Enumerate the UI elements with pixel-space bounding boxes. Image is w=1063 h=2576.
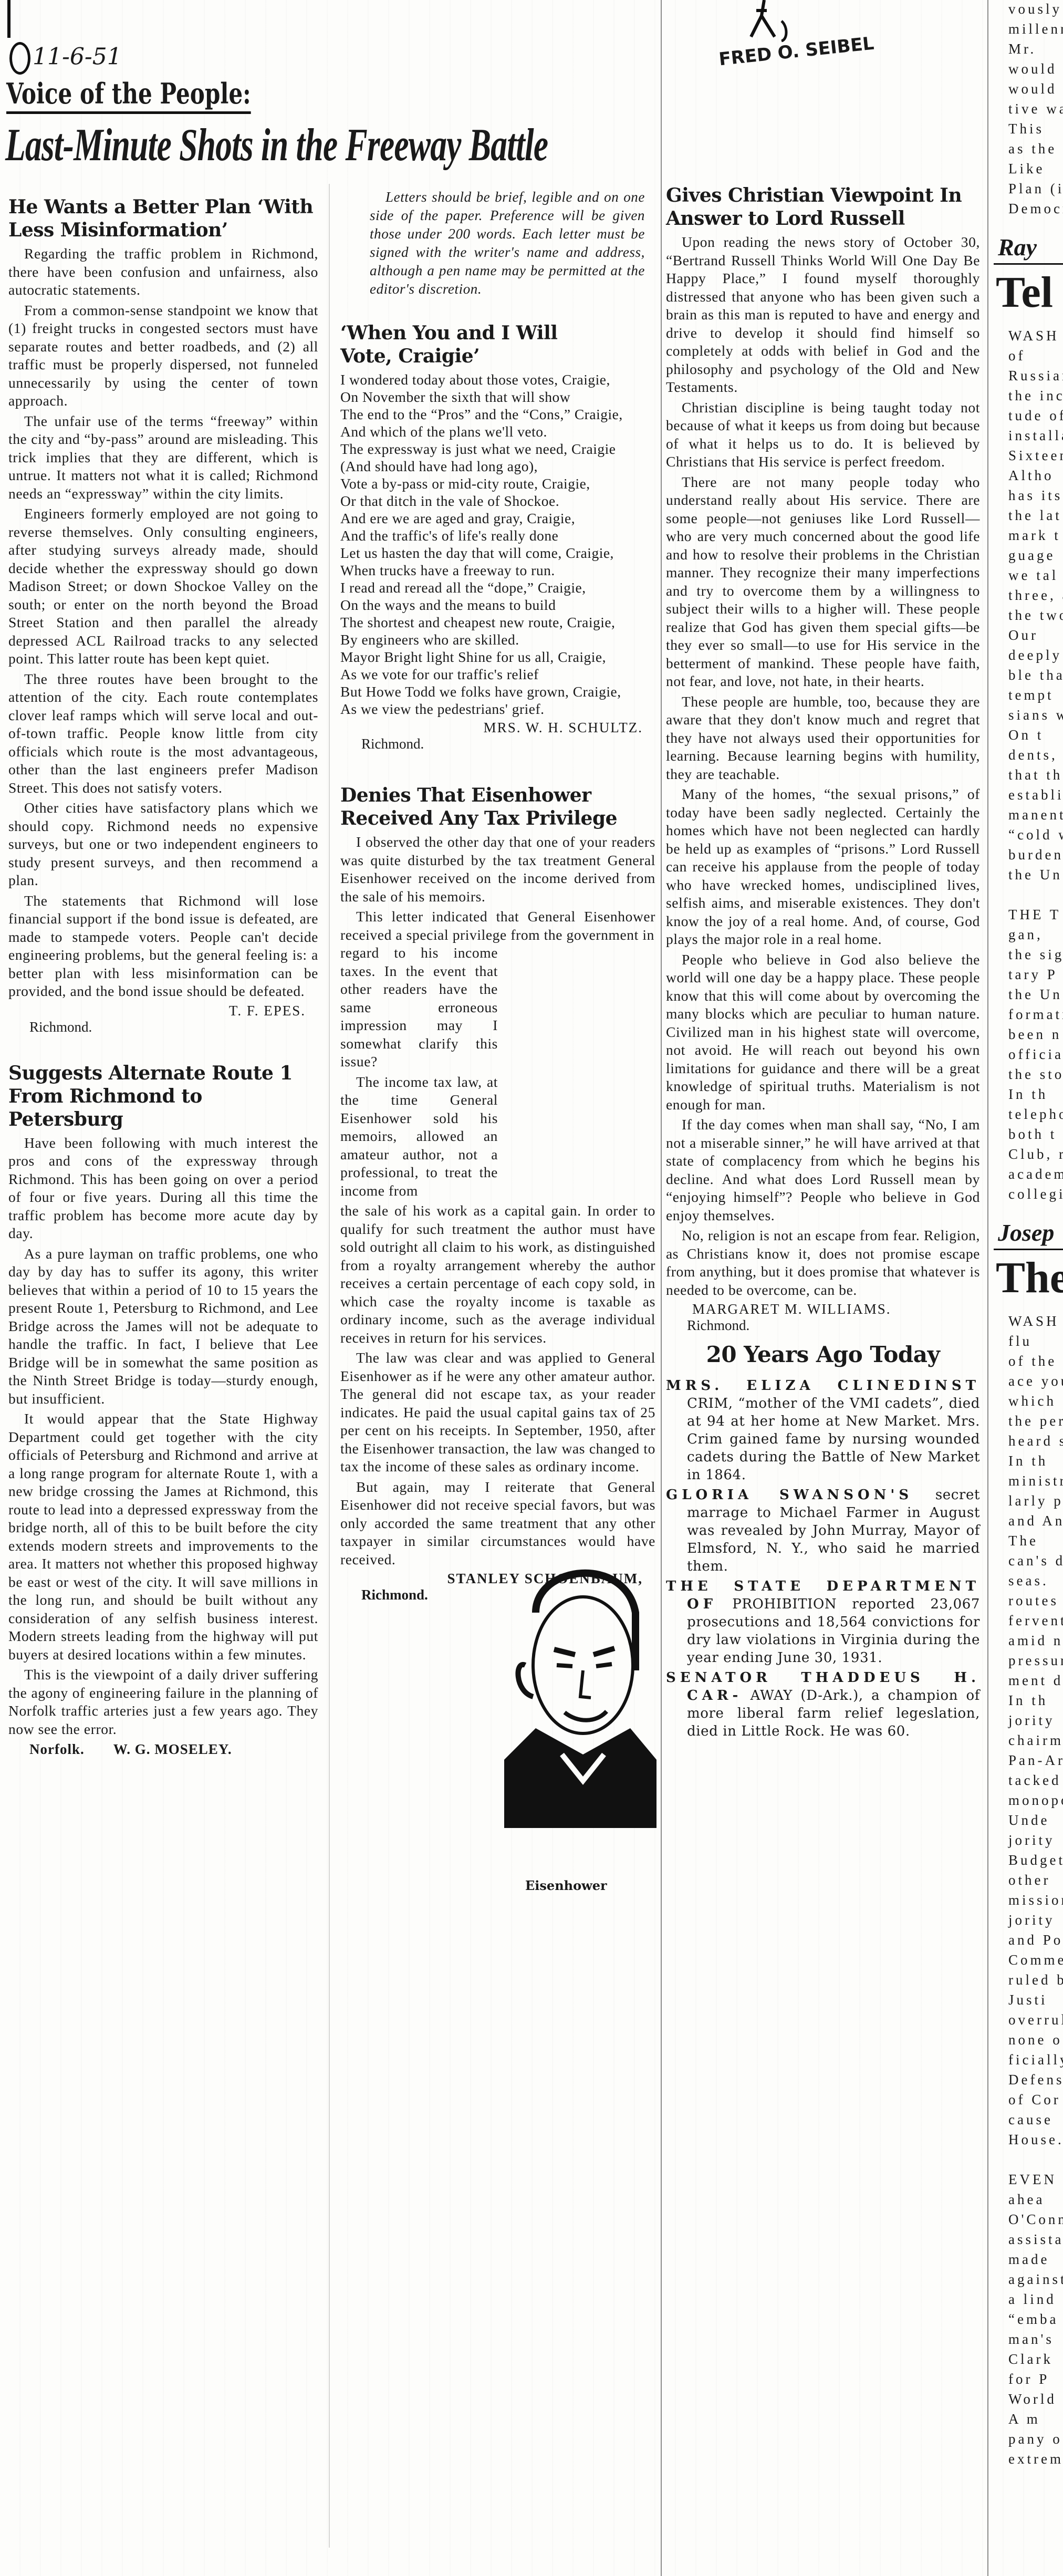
cutoff-line: pressur (994, 1651, 1063, 1669)
byline-rule (994, 263, 1063, 265)
letter-eisenhower: Denies That Eisenhower Received Any Tax … (340, 784, 655, 1603)
poem-signature: MRS. W. H. SCHULTZ. (340, 720, 655, 736)
poem-line: Mayor Bright light Shine for us all, Cra… (340, 648, 655, 666)
cutoff-line: which (994, 1392, 1063, 1410)
letter-christian-viewpoint: Gives Christian Viewpoint In Answer to L… (666, 184, 980, 1334)
poem-line: (And should have had long ago), (340, 458, 655, 475)
cutoff-line: Club, r (994, 1145, 1063, 1163)
cutoff-line: ble tha (994, 666, 1063, 684)
cutoff-line: Altho (994, 466, 1063, 484)
cutoff-line: for P (994, 2370, 1063, 2388)
column-divider (987, 0, 988, 2576)
letter-paragraph: This letter indicated that General Eisen… (340, 908, 655, 944)
history-item: THE STATE DEPARTMENT OF PROHIBITION repo… (666, 1577, 980, 1667)
clipping-bracket (7, 0, 11, 38)
cutoff-line: Our (994, 626, 1063, 644)
cutoff-line: “emba (994, 2310, 1063, 2328)
cutoff-line: ahea (994, 2190, 1063, 2208)
poem-line: As we view the pedestrians' grief. (340, 700, 655, 718)
poem-line: On November the sixth that will show (340, 388, 655, 406)
cutoff-line: EVEN (994, 2170, 1063, 2188)
cutoff-line: routes (994, 1592, 1063, 1609)
column-divider (661, 0, 662, 2576)
cutoff-line: formati (994, 1005, 1063, 1023)
cutoff-line: WASH (994, 327, 1063, 345)
cutoff-line: Defens (994, 2071, 1063, 2089)
cutoff-line: Budget (994, 1851, 1063, 1869)
cutoff-line: Sixteen (994, 446, 1063, 464)
cutoff-line: House. (994, 2131, 1063, 2148)
letter-paragraph: There are not many people today who unde… (666, 473, 980, 691)
cutoff-line: tude of (994, 407, 1063, 424)
cutoff-line: burden (994, 846, 1063, 864)
cutoff-line: World (994, 2390, 1063, 2408)
circle-mark-icon (9, 42, 30, 75)
letter-paragraph: Regarding the traffic problem in Richmon… (8, 245, 318, 299)
byline-rule (994, 1249, 1063, 1250)
wrapped-text-block: regard to his income taxes. In the event… (340, 944, 498, 1200)
cutoff-line: none o (994, 2031, 1063, 2049)
cutoff-line: both t (994, 1125, 1063, 1143)
cutoff-line: Justi (994, 1991, 1063, 2009)
cutoff-line: In th (994, 1691, 1063, 1709)
page-headline: Last-Minute Shots in the Freeway Battle (5, 119, 548, 172)
portrait-caption: Eisenhower (525, 1878, 607, 1893)
letter-paragraph: Upon reading the news story of October 3… (666, 233, 980, 397)
history-item: MRS. ELIZA CLINEDINST CRIM, “mother of t… (666, 1377, 980, 1484)
cutoff-line: telepho (994, 1105, 1063, 1123)
cutoff-line: jority (994, 1911, 1063, 1929)
cutoff-text-block: vouslymillenniMr.wouldwouldtive waThisas… (994, 0, 1063, 2468)
cutoff-line: Mr. (994, 40, 1063, 58)
letter-paragraph: People who believe in God also believe t… (666, 951, 980, 1114)
cutoff-line: larly pl (994, 1492, 1063, 1510)
poem-line: Let us hasten the day that will come, Cr… (340, 544, 655, 562)
letter-paragraph: No, religion is not an escape from fear.… (666, 1227, 980, 1299)
cutoff-line: made (994, 2250, 1063, 2268)
cutoff-line: other (994, 1871, 1063, 1889)
cutoff-line: pany o (994, 2430, 1063, 2448)
letter-headline: He Wants a Better Plan ‘With Less Misinf… (8, 195, 318, 242)
poem-headline: ‘When You and I Will Vote, Craigie’ (340, 321, 561, 368)
cutoff-line: establis (994, 786, 1063, 804)
column-1: He Wants a Better Plan ‘With Less Misinf… (8, 195, 318, 1758)
letter-paragraph: It would appear that the State Highway D… (8, 1410, 318, 1664)
poem-line: On the ways and the means to build (340, 596, 655, 614)
cutoff-line: academ (994, 1165, 1063, 1183)
letter-place: Richmond. (8, 1019, 318, 1035)
cutoff-line: jority (994, 1831, 1063, 1849)
letter-signature: T. F. EPES. (8, 1003, 318, 1019)
poem-line: As we vote for our traffic's relief (340, 666, 655, 683)
poem-line: And the traffic's of life's really done (340, 527, 655, 544)
cutoff-line: jority (994, 1711, 1063, 1729)
cutoff-line: collegia (994, 1185, 1063, 1203)
letter-paragraph: As a pure layman on traffic problems, on… (8, 1245, 318, 1408)
cutoff-line: Like (994, 160, 1063, 178)
cutoff-line: tacked (994, 1771, 1063, 1789)
letter-headline: Gives Christian Viewpoint In Answer to L… (666, 184, 980, 230)
cutoff-line: “cold w (994, 826, 1063, 844)
cutoff-line: monopo (994, 1791, 1063, 1809)
cutoff-line: overrul (994, 2011, 1063, 2029)
cutoff-line: Unde (994, 1811, 1063, 1829)
poem-line: Or that ditch in the vale of Shockoe. (340, 492, 655, 510)
cutoff-line: amid n (994, 1632, 1063, 1649)
letter-place: Richmond. (666, 1317, 980, 1334)
letter-paragraph: the sale of his work as a capital gain. … (340, 1202, 655, 1347)
letter-paragraph: The unfair use of the terms “freeway” wi… (8, 412, 318, 503)
cutoff-line: chairma (994, 1731, 1063, 1749)
poem-line: And which of the plans we'll veto. (340, 423, 655, 440)
cutoff-line: as the (994, 140, 1063, 158)
poem-line: By engineers who are skilled. (340, 631, 655, 648)
cutoff-line: dents, (994, 746, 1063, 764)
cutoff-line: sians w (994, 706, 1063, 724)
letter-paragraph: I observed the other day that one of you… (340, 833, 655, 906)
cutoff-line: tary P (994, 965, 1063, 983)
cutoff-line: the per (994, 1412, 1063, 1430)
poem-line: The shortest and cheapest new route, Cra… (340, 614, 655, 631)
cutoff-line: a lind (994, 2290, 1063, 2308)
cutoff-line: the inc (994, 387, 1063, 404)
cutoff-line: seas. (994, 1572, 1063, 1590)
letter-paragraph: The income tax law, at the time General … (340, 1073, 498, 1200)
letter-paragraph: Many of the homes, “the sexual prisons,”… (666, 785, 980, 949)
portrait-sketch-icon (504, 1534, 656, 1828)
cartoon-figure-icon (735, 0, 793, 42)
poem-line: The end to the “Pros” and the “Cons,” Cr… (340, 406, 655, 423)
cutoff-line: the sto (994, 1065, 1063, 1083)
cutoff-line: Comme (994, 1951, 1063, 1969)
column-divider (329, 184, 330, 2548)
cutoff-line: deeply (994, 646, 1063, 664)
poem-line: I wondered today about those votes, Crai… (340, 371, 655, 388)
cutoff-line: O'Conn (994, 2210, 1063, 2228)
cutoff-line: millenni (994, 20, 1063, 38)
spacer (994, 2151, 1063, 2170)
history-item: SENATOR THADDEUS H. CAR- AWAY (D-Ark.), … (666, 1669, 980, 1740)
cutoff-line: tempt (994, 686, 1063, 704)
spacer (994, 886, 1063, 906)
cutoff-line: WASH (994, 1312, 1063, 1330)
cutoff-line: heard s (994, 1432, 1063, 1450)
cutoff-line: the Un (994, 866, 1063, 884)
column-2: Letters should be brief, legible and on … (340, 188, 655, 1608)
poem-place: Richmond. (340, 736, 655, 752)
cutoff-line: the Un (994, 985, 1063, 1003)
column-3: Gives Christian Viewpoint In Answer to L… (666, 184, 980, 1742)
cutoff-line: Clark (994, 2350, 1063, 2368)
letter-poem: ‘When You and I Will Vote, Craigie’ I wo… (340, 321, 655, 752)
cutoff-line: three, a (994, 586, 1063, 604)
cutoff-line: the two (994, 606, 1063, 624)
cutoff-line: mission (994, 1891, 1063, 1909)
cutoff-line: flu (994, 1332, 1063, 1350)
letter-headline: Denies That Eisenhower Received Any Tax … (340, 784, 655, 830)
letter-paragraph: Engineers formerly employed are not goin… (8, 505, 318, 668)
history-item: GLORIA SWANSON'S secret marrage to Micha… (666, 1486, 980, 1575)
letter-place: Norfolk. (29, 1741, 85, 1757)
newspaper-page: 11-6-51 Voice of the People: Last-Minute… (0, 0, 1063, 2576)
cutoff-line: manent (994, 806, 1063, 824)
cutoff-line: In th (994, 1452, 1063, 1470)
cutoff-line: of the (994, 1352, 1063, 1370)
cutoff-line: would (994, 80, 1063, 98)
column-4-cutoff: vouslymillenniMr.wouldwouldtive waThisas… (994, 0, 1063, 2576)
cutoff-line: against (994, 2270, 1063, 2288)
poem-line: I read and reread all the “dope,” Craigi… (340, 579, 655, 596)
letter-paragraph: The statements that Richmond will lose f… (8, 892, 318, 1001)
cutoff-line: extrem (994, 2450, 1063, 2468)
cutoff-line: we tal (994, 566, 1063, 584)
letter-paragraph: If the day comes when man shall say, “No… (666, 1116, 980, 1224)
column-headline: The (996, 1254, 1063, 1302)
cutoff-line: installa (994, 427, 1063, 444)
letter-paragraph: The law was clear and was applied to Gen… (340, 1349, 655, 1476)
letter-signature: W. G. MOSELEY. (113, 1741, 232, 1757)
editor-notice: Letters should be brief, legible and on … (340, 188, 655, 298)
section-headline: 20 Years Ago Today (666, 1343, 980, 1366)
letter-headline: Suggests Alternate Route 1 From Richmond… (8, 1062, 318, 1131)
section-title: Voice of the People: (6, 77, 251, 114)
column-headline: Tel (996, 269, 1063, 316)
cutoff-line: guage (994, 546, 1063, 564)
cutoff-line: officials (994, 1045, 1063, 1063)
column-byline: Josep (998, 1219, 1063, 1247)
cutoff-line: ace you (994, 1372, 1063, 1390)
cutoff-line: tive wa (994, 100, 1063, 118)
letter-signature: MARGARET M. WILLIAMS. (666, 1301, 980, 1317)
cutoff-line: Pan-Ar (994, 1751, 1063, 1769)
cutoff-line: ruled b (994, 1971, 1063, 1989)
cutoff-line: Russian (994, 367, 1063, 385)
cutoff-line: the sig (994, 946, 1063, 963)
cutoff-line: and Po (994, 1931, 1063, 1949)
cutoff-line: THE T (994, 906, 1063, 923)
cutoff-line: fervent (994, 1612, 1063, 1629)
letter-paragraph: Other cities have satisfactory plans whi… (8, 799, 318, 890)
cutoff-line: cause (994, 2111, 1063, 2128)
handwritten-date: 11-6-51 (9, 42, 122, 75)
cutoff-line: that th (994, 766, 1063, 784)
cutoff-line: and An (994, 1512, 1063, 1530)
poem-line: When trucks have a freeway to run. (340, 562, 655, 579)
letter-paragraph: Christian discipline is being taught tod… (666, 399, 980, 471)
cutoff-line: On t (994, 726, 1063, 744)
letter-paragraph: From a common-sense standpoint we know t… (8, 302, 318, 410)
poem-line: And ere we are aged and gray, Craigie, (340, 510, 655, 527)
cutoff-line: ficially (994, 2051, 1063, 2069)
cutoff-line: In th (994, 1085, 1063, 1103)
letter-paragraph: The three routes have been brought to th… (8, 670, 318, 797)
cutoff-line: A m (994, 2410, 1063, 2428)
letter-paragraph: regard to his income taxes. In the event… (340, 944, 498, 1071)
poem-line: Vote a by-pass or mid-city route, Craigi… (340, 475, 655, 492)
twenty-years-ago: 20 Years Ago Today MRS. ELIZA CLINEDINST… (666, 1343, 980, 1740)
cutoff-line: man's (994, 2330, 1063, 2348)
letter-paragraph: This is the viewpoint of a daily driver … (8, 1666, 318, 1738)
cutoff-line: Democr (994, 200, 1063, 217)
letter-paragraph: These people are humble, too, because th… (666, 693, 980, 784)
eisenhower-portrait (504, 1534, 656, 1912)
letter-better-plan: He Wants a Better Plan ‘With Less Misinf… (8, 195, 318, 1035)
cutoff-line: ministr (994, 1472, 1063, 1490)
cutoff-line: the lat (994, 506, 1063, 524)
cutoff-line: vously (994, 0, 1063, 18)
cutoff-line: of Cor (994, 2091, 1063, 2108)
letter-signoff: Norfolk. W. G. MOSELEY. (8, 1741, 318, 1758)
poem-line: But Howe Todd we folks have grown, Craig… (340, 683, 655, 700)
cutoff-line: has its (994, 486, 1063, 504)
cutoff-line: mark t (994, 526, 1063, 544)
cutoff-line: The (994, 1532, 1063, 1550)
poem-line: The expressway is just what we need, Cra… (340, 440, 655, 458)
cutoff-line: would (994, 60, 1063, 78)
notice-text: Letters should be brief, legible and on … (370, 188, 645, 298)
cutoff-line: gan, (994, 926, 1063, 943)
cutoff-line: been n (994, 1025, 1063, 1043)
cutoff-line: of (994, 347, 1063, 365)
cutoff-line: This (994, 120, 1063, 138)
letter-alternate-route: Suggests Alternate Route 1 From Richmond… (8, 1062, 318, 1758)
cutoff-line: Plan (i (994, 180, 1063, 198)
letter-paragraph: Have been following with much interest t… (8, 1134, 318, 1243)
column-byline: Ray (998, 233, 1063, 261)
cutoff-line: assista (994, 2230, 1063, 2248)
cutoff-line: ment d (994, 1671, 1063, 1689)
cutoff-line: can's d (994, 1552, 1063, 1570)
